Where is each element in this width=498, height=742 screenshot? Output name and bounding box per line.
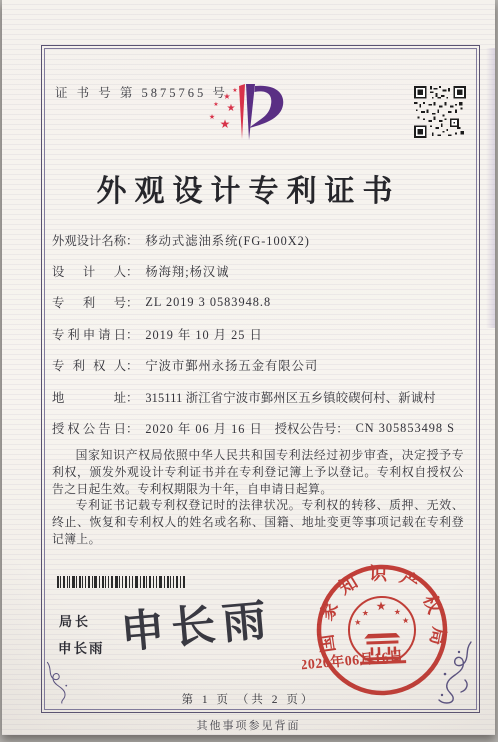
label-colon: ： [126,262,138,280]
field-value: 2020 年 06 月 16 日 [145,419,262,437]
barcode-icon [57,576,187,588]
seal-date: 2020年06月16日 [302,647,404,673]
svg-text:★: ★ [220,117,231,131]
page-number: 第 1 页 （共 2 页） [2,691,495,707]
field-label: 专利申请日 [52,325,126,343]
svg-text:★: ★ [394,607,401,616]
certificate-number: 证 书 号 第 5875765 号 [55,83,228,101]
commissioner-title: 局长 [59,611,91,630]
photo-edge-tint [486,48,495,328]
field-label: 授权公告号 [275,419,337,437]
certificate-photo: 证 书 号 第 5875765 号 ★ ★ ★ ★ ★ ★ [0,0,498,742]
field-designer: 设计人： 杨海翔;杨汉诚 [52,255,459,286]
label-colon: ： [126,293,138,311]
commissioner-signature: 申长雨 [118,583,276,660]
svg-text:★: ★ [402,616,409,625]
svg-text:★: ★ [213,101,218,108]
certificate-paper: 证 书 号 第 5875765 号 ★ ★ ★ ★ ★ ★ [2,0,495,735]
field-value: ZL 2019 3 0583948.8 [145,295,271,310]
svg-text:★: ★ [209,113,215,121]
field-value: 宁波市鄞州永扬五金有限公司 [145,356,318,374]
svg-text:★: ★ [354,618,361,627]
field-design-name: 外观设计名称： 移动式滤油系统(FG-100X2) [52,224,459,255]
cnipa-logo-icon: ★ ★ ★ ★ ★ ★ [205,82,289,144]
legal-paragraph-2: 专利证书记载专利权登记时的法律状况。专利权的转移、质押、无效、终止、恢复和专利权… [52,497,464,547]
label-colon: ： [126,419,138,437]
field-list: 外观设计名称： 移动式滤油系统(FG-100X2) 设计人： 杨海翔;杨汉诚 专… [52,224,459,444]
field-value: 315111 浙江省宁波市鄞州区五乡镇皎碶何村、新诚村 [145,388,435,406]
field-label: 外观设计名称 [52,231,126,249]
field-value: 移动式滤油系统(FG-100X2) [145,231,310,249]
field-address: 地址： 315111 浙江省宁波市鄞州区五乡镇皎碶何村、新诚村 [52,381,459,412]
field-value: 2019 年 10 月 25 日 [145,325,262,343]
field-label: 设计人 [52,262,126,280]
svg-text:★: ★ [376,599,387,613]
svg-text:★: ★ [227,103,236,114]
field-label: 授权公告日 [52,419,126,437]
field-label: 专利号 [52,293,126,311]
field-label: 专利权人 [52,356,126,374]
label-colon: ： [126,356,138,374]
field-value: 杨海翔;杨汉诚 [145,262,229,280]
qr-code-icon [414,86,466,138]
field-grant-no: 授权公告号： CN 305853498 S [275,419,455,437]
legal-text: 国家知识产权局依照中华人民共和国专利法经过初步审查，决定授予专利权，颁发外观设计… [52,447,464,548]
field-grant-row: 授权公告日： 2020 年 06 月 16 日 授权公告号： CN 305853… [52,412,459,443]
label-colon: ： [126,388,138,406]
certificate-title: 外观设计专利证书 [2,166,495,210]
field-filing-date: 专利申请日： 2019 年 10 月 25 日 [52,318,459,349]
field-patentee: 专利权人： 宁波市鄞州永扬五金有限公司 [52,350,459,381]
label-colon: ： [336,419,348,437]
label-colon: ： [126,325,138,343]
field-value: CN 305853498 S [356,421,455,436]
field-label: 地址 [52,388,126,406]
label-colon: ： [126,231,138,249]
field-patent-no: 专利号： ZL 2019 3 0583948.8 [52,287,459,318]
svg-text:★: ★ [223,92,230,101]
back-note: 其他事项参见背面 [2,717,495,733]
legal-paragraph-1: 国家知识产权局依照中华人民共和国专利法经过初步审查，决定授予专利权，颁发外观设计… [52,447,464,497]
svg-text:★: ★ [362,608,369,617]
commissioner-name: 申长雨 [58,637,105,657]
svg-text:★: ★ [232,87,237,94]
